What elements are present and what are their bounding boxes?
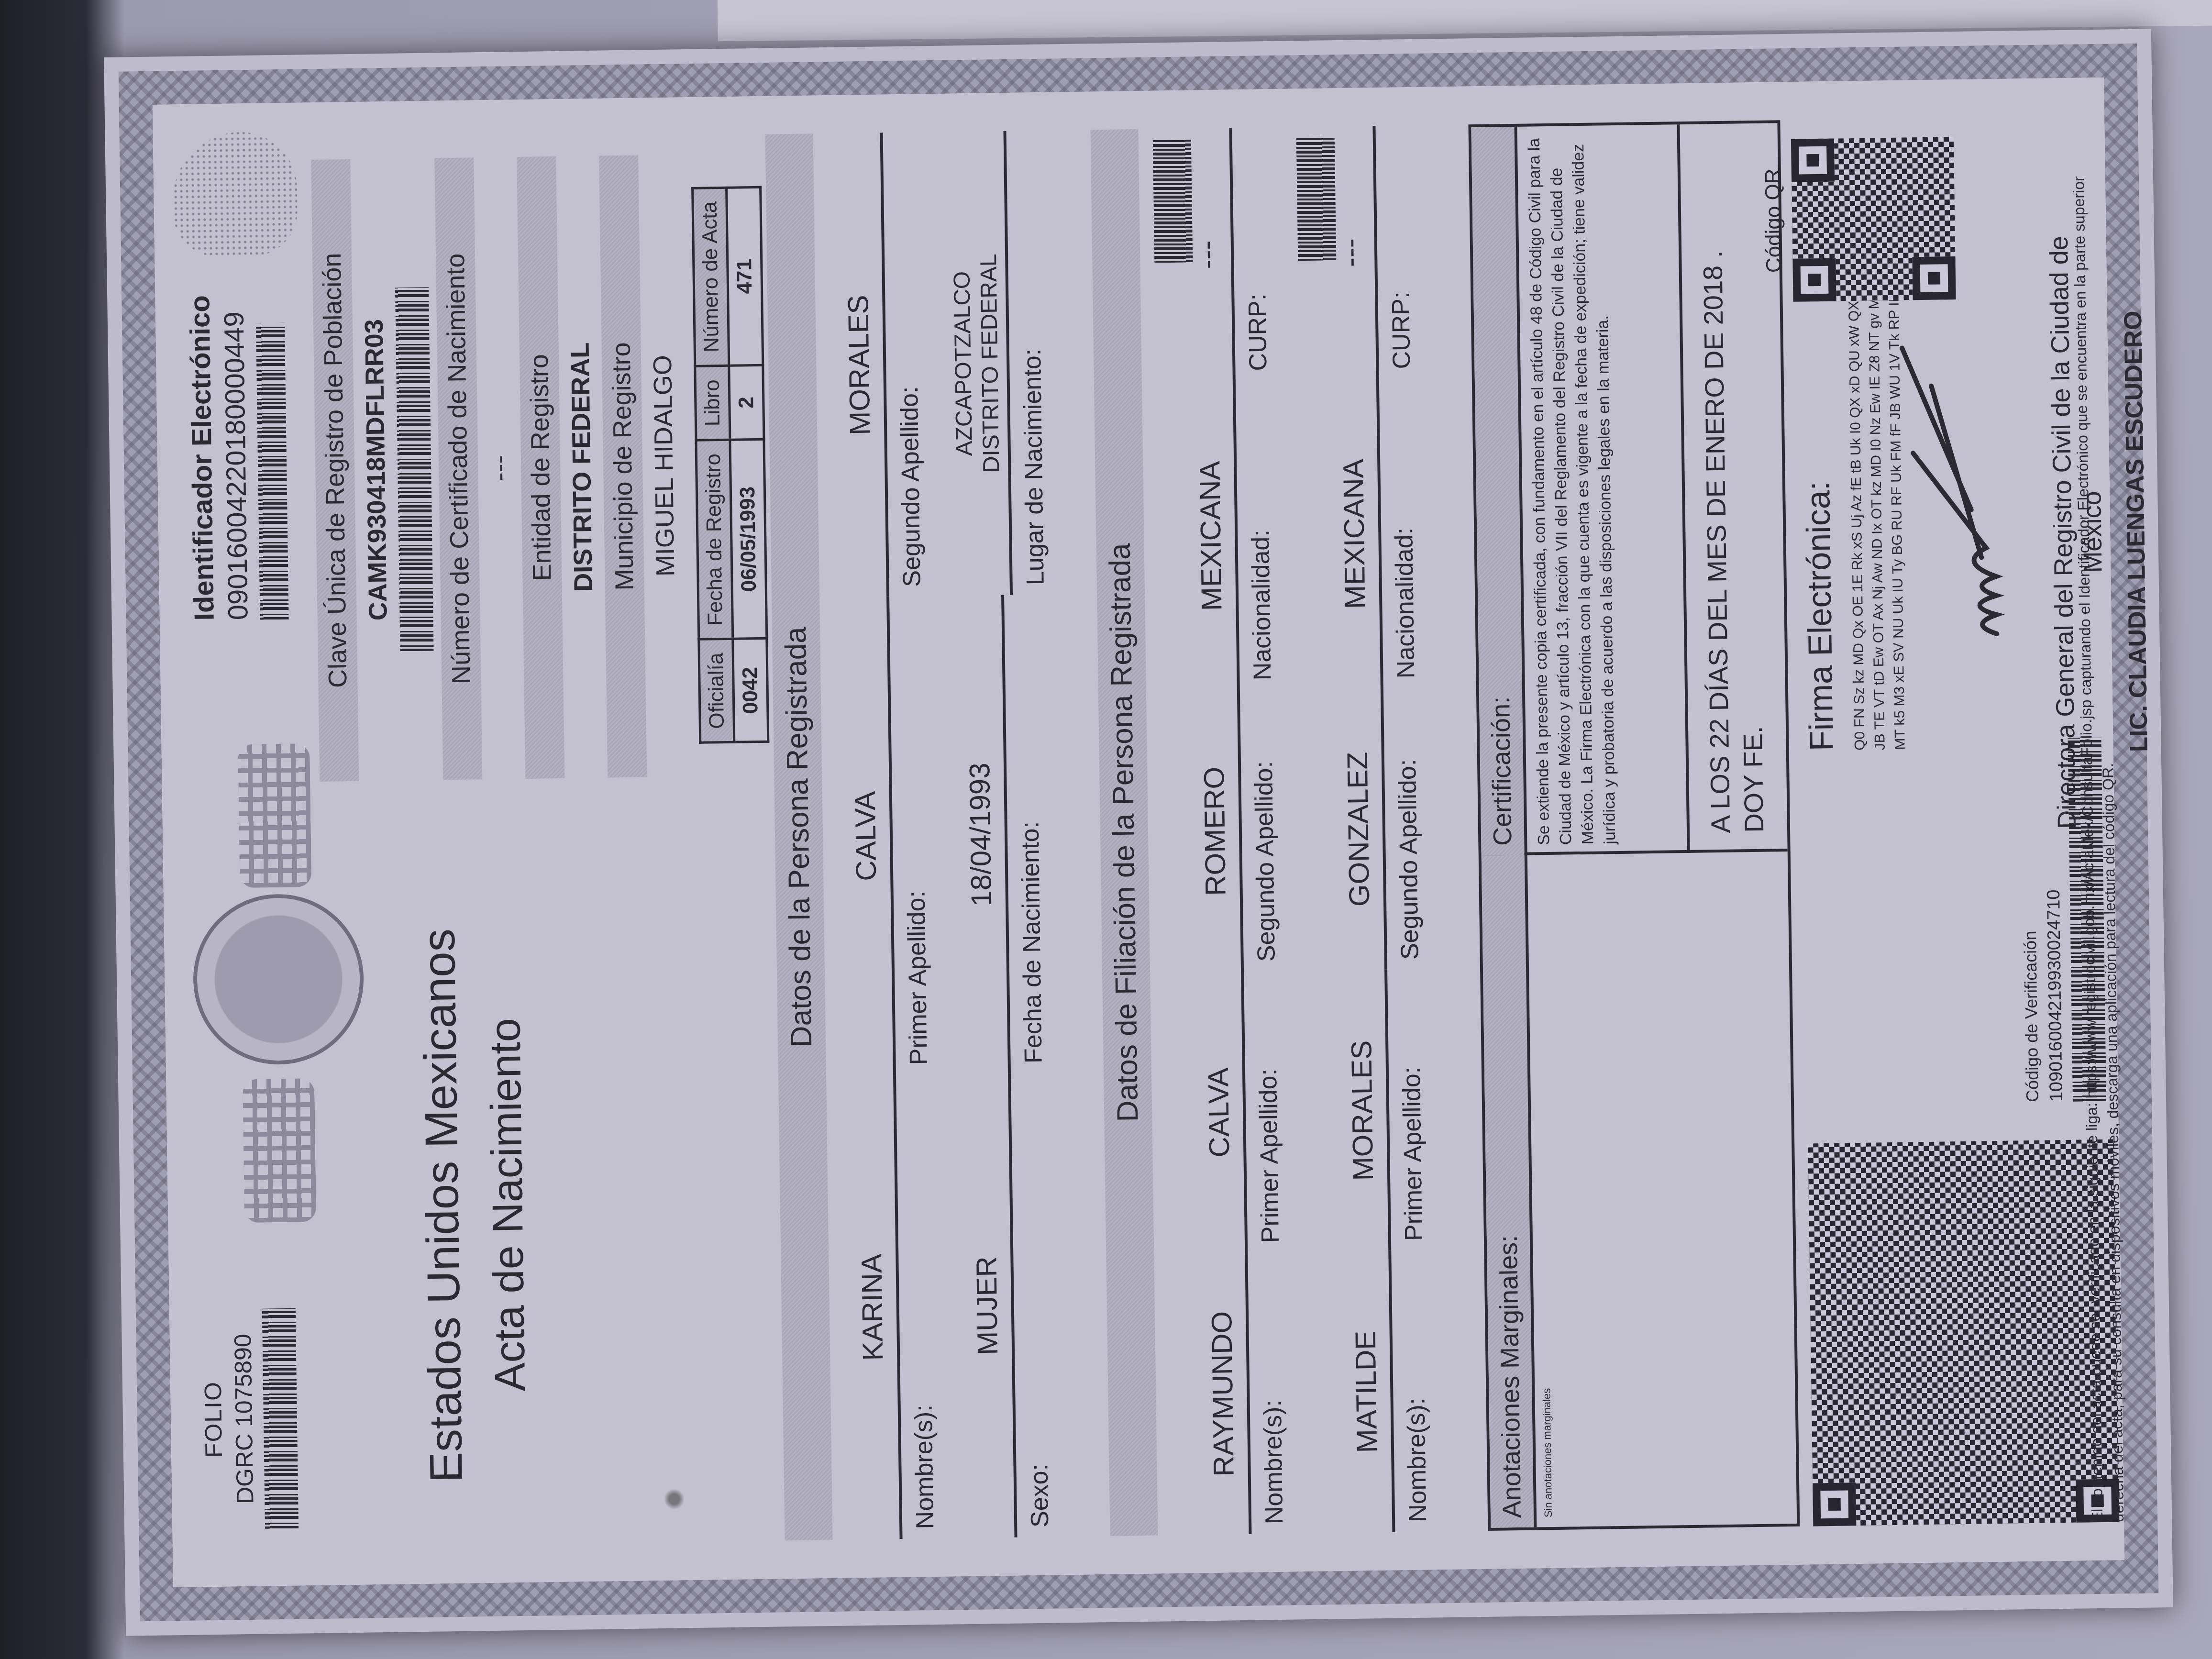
persona-nombre-label: Nombre(s):	[896, 1074, 940, 1539]
persona-sexo: MUJER Sexo:	[960, 1073, 1072, 1538]
th-oficialia: Oficialía	[699, 639, 734, 743]
firma-label: Firma Electrónica:	[1795, 249, 1841, 752]
birth-certificate-document: FOLIO DGRC 1075890 Identificador Electró…	[104, 29, 2173, 1636]
madre-row: MATILDE Nombre(s): MORALES Primer Apelli…	[1325, 125, 1449, 1533]
directora-nombre: LIC. CLAUDIA LUENGAS ESCUDERO	[2117, 220, 2155, 842]
qr-block: Código QR	[1760, 122, 1956, 317]
handwritten-signature-icon	[1882, 318, 2031, 654]
persona-primer-apellido-value: CALVA	[839, 597, 896, 1075]
padre-nombre-label: Nombre(s):	[1248, 1252, 1289, 1534]
anotaciones-column: Anotaciones Marginales: Sin anotaciones …	[1482, 849, 1797, 1528]
madre-nombre: MATILDE Nombre(s):	[1340, 1250, 1449, 1533]
folio-barcode-icon	[262, 1308, 299, 1529]
madre-primer-apellido-value: MORALES	[1337, 970, 1391, 1251]
persona-primer-apellido-label: Primer Apellido:	[889, 596, 933, 1075]
verificacion-label: Código de Verificación	[2017, 719, 2043, 1103]
th-numero-acta: Número de Acta	[693, 188, 729, 366]
persona-fecha-nacimiento: 18/04/1993 Fecha de Nacimiento:	[953, 595, 1065, 1074]
persona-segundo-apellido: MORALES Segundo Apellido:	[832, 132, 944, 597]
registro-table: Oficialía Fecha de Registro Libro Número…	[691, 186, 769, 744]
ink-mark	[664, 1484, 684, 1514]
coat-of-arms-seal-icon	[180, 742, 388, 1224]
small-qr-code-icon	[1791, 137, 1956, 302]
filiacion-section-title: Datos de Filiación de la Persona Registr…	[1090, 129, 1158, 1536]
persona-lugar-nacimiento: AZCAPOTZALCO DISTRITO FEDERAL Lugar de N…	[947, 130, 1059, 596]
persona-segundo-apellido-label: Segundo Apellido:	[883, 132, 927, 597]
qr-finder-icon	[1912, 256, 1956, 300]
td-fecha-registro: 06/05/1993	[730, 439, 767, 639]
identificador-barcode-icon	[256, 323, 289, 620]
persona-sexo-value: MUJER	[960, 1073, 1018, 1538]
padre-curp: --- CURP:	[1181, 127, 1290, 382]
td-numero-acta: 471	[727, 187, 763, 365]
padre-nombre-value: RAYMUNDO	[1197, 1253, 1251, 1535]
country-title: Estados Unidos Mexicanos	[411, 847, 474, 1565]
madre-segundo-apellido-value: GONZALEZ	[1333, 688, 1387, 970]
persona-nombre: KARINA Nombre(s):	[845, 1074, 957, 1539]
madre-primer-apellido-label: Primer Apellido:	[1387, 969, 1428, 1251]
persona-section-title: Datos de la Persona Registrada	[765, 133, 833, 1540]
madre-curp: --- CURP:	[1325, 125, 1433, 379]
curp-value: CAMK930418MDFLRR03	[350, 159, 402, 781]
padre-row: RAYMUNDO Nombre(s): CALVA Primer Apellid…	[1181, 127, 1306, 1535]
persona-fecha-nacimiento-label: Fecha de Nacimiento:	[1004, 595, 1048, 1073]
qr-label: Código QR	[1760, 125, 1787, 317]
identificador-block: Identificador Electrónico 09016004220180…	[182, 189, 289, 621]
madre-curp-barcode-icon	[1296, 136, 1337, 261]
persona-details-row: MUJER Sexo: 18/04/1993 Fecha de Nacimien…	[947, 130, 1091, 1538]
padre-segundo-apellido-value: ROMERO	[1189, 690, 1244, 972]
madre-segundo-apellido: GONZALEZ Segundo Apellido:	[1333, 687, 1442, 970]
padre-nacionalidad-value: MEXICANA	[1185, 381, 1240, 691]
padre-primer-apellido-label: Primer Apellido:	[1244, 971, 1285, 1253]
td-oficialia: 0042	[733, 639, 768, 742]
identificador-label: Identificador Electrónico	[182, 190, 221, 621]
persona-lugar-label: Lugar de Nacimiento:	[1006, 131, 1051, 595]
fret-ornament-left-icon	[243, 1078, 316, 1223]
curp-barcode-icon	[395, 288, 434, 652]
td-libro: 2	[729, 365, 764, 440]
madre-nombre-label: Nombre(s):	[1391, 1250, 1432, 1532]
folio-value: DGRC 1075890	[229, 1309, 259, 1529]
madre-nacionalidad: MEXICANA Nacionalidad:	[1328, 378, 1438, 689]
persona-primer-apellido: CALVA Primer Apellido:	[839, 596, 951, 1076]
anotaciones-certificacion-box: Anotaciones Marginales: Sin anotaciones …	[1468, 120, 1800, 1531]
padre-segundo-apellido-label: Segundo Apellido:	[1240, 690, 1281, 972]
madre-segundo-apellido-label: Segundo Apellido:	[1383, 688, 1425, 970]
registro-info: Clave Única de Registro de Población CAM…	[311, 154, 770, 782]
th-libro: Libro	[695, 365, 730, 440]
padre-primer-apellido: CALVA Primer Apellido:	[1193, 971, 1302, 1253]
certificacion-text: Se extiende la presente copia certificad…	[1517, 125, 1626, 855]
padre-nombre: RAYMUNDO Nombre(s):	[1197, 1252, 1306, 1535]
madre-primer-apellido: MORALES Primer Apellido:	[1337, 969, 1446, 1251]
folio-block: FOLIO DGRC 1075890	[198, 1308, 299, 1530]
seal-ring-icon	[192, 893, 365, 1066]
document-title: Acta de Nacimiento	[478, 846, 538, 1564]
padre-curp-label: CURP:	[1232, 127, 1272, 381]
municipio-value: MIGUEL HIDALGO	[638, 155, 690, 777]
qr-finder-icon	[1813, 1482, 1856, 1526]
persona-fecha-nacimiento-value: 18/04/1993	[953, 595, 1011, 1074]
persona-segundo-apellido-value: MORALES	[832, 133, 890, 597]
identificador-value: 09016004220180000449	[216, 189, 254, 620]
persona-nombre-value: KARINA	[845, 1075, 903, 1540]
folio-label: FOLIO	[198, 1309, 229, 1530]
madre-nombre-value: MATILDE	[1340, 1251, 1395, 1533]
fret-ornament-right-icon	[238, 743, 311, 888]
certificacion-column: Certificación: Se extiende la presente c…	[1471, 123, 1787, 855]
madre-nacionalidad-label: Nacionalidad:	[1379, 378, 1421, 688]
padre-nacionalidad: MEXICANA Nacionalidad:	[1185, 380, 1294, 691]
document-body: FOLIO DGRC 1075890 Identificador Electró…	[153, 77, 2125, 1588]
madre-curp-label: CURP:	[1375, 125, 1416, 379]
qr-finder-icon	[1791, 139, 1835, 182]
padre-nacionalidad-label: Nacionalidad:	[1236, 380, 1277, 690]
qr-finder-icon	[1792, 258, 1836, 302]
padre-segundo-apellido: ROMERO Segundo Apellido:	[1189, 689, 1298, 972]
th-fecha-registro: Fecha de Registro	[696, 440, 733, 639]
large-qr-code-icon	[1808, 1139, 2119, 1526]
persona-sexo-label: Sexo:	[1011, 1073, 1055, 1537]
persona-names-row: KARINA Nombre(s): CALVA Primer Apellido:…	[832, 132, 957, 1540]
madre-nacionalidad-value: MEXICANA	[1328, 379, 1383, 689]
padre-primer-apellido-value: CALVA	[1193, 972, 1248, 1253]
padre-curp-barcode-icon	[1153, 138, 1193, 263]
